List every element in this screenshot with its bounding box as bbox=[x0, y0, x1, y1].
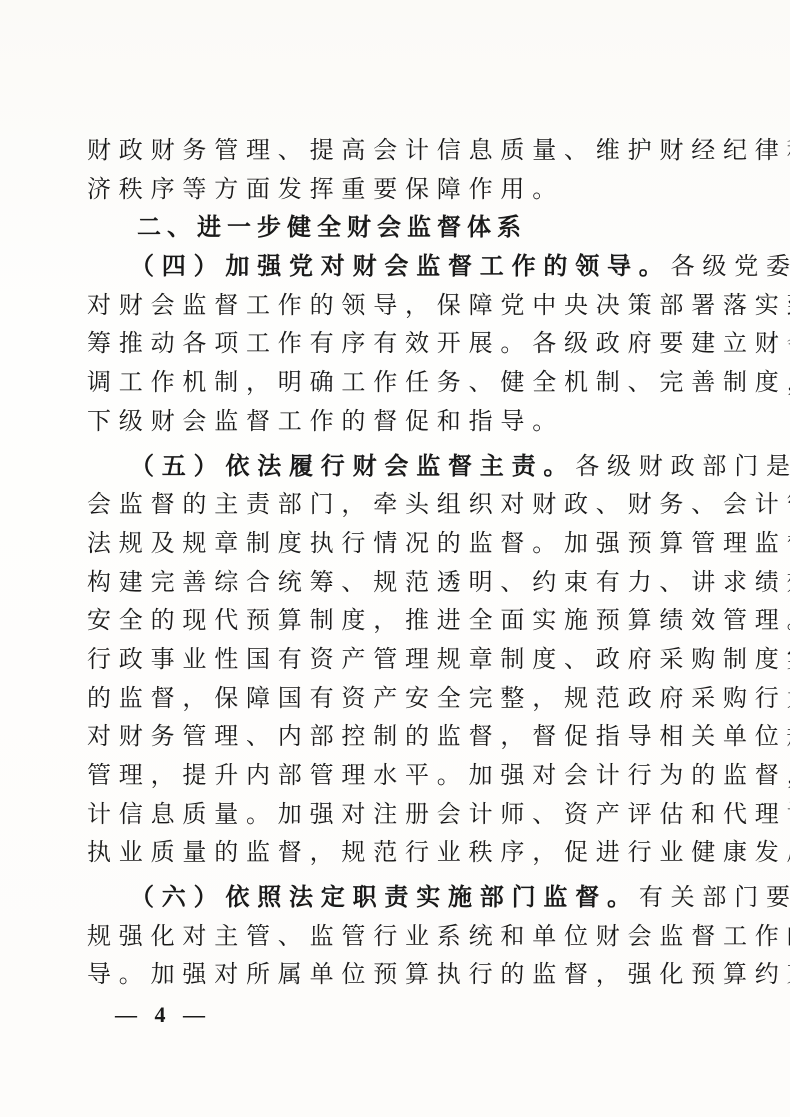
body-line: 对财会监督工作的领导，保障党中央决策部署落实到位，统 bbox=[87, 286, 687, 325]
body-line: 对财务管理、内部控制的监督，督促指导相关单位规范财务 bbox=[87, 717, 687, 756]
section-heading: 二、进一步健全财会监督体系 bbox=[87, 208, 687, 247]
paragraph-lead-title: （四）加强党对财会监督工作的领导。 bbox=[130, 251, 671, 280]
body-line: 财政财务管理、提高会计信息质量、维护财经纪律和市场经 bbox=[87, 131, 687, 170]
body-line: 规强化对主管、监管行业系统和单位财会监督工作的督促指 bbox=[87, 917, 687, 956]
paragraph-text: 各级财政部门是本级财 bbox=[575, 452, 790, 480]
body-line: 计信息质量。加强对注册会计师、资产评估和代理记账行业 bbox=[87, 795, 687, 834]
page-number: — 4 — bbox=[115, 1002, 211, 1028]
body-line: 筹推动各项工作有序有效开展。各级政府要建立财会监督协 bbox=[87, 324, 687, 363]
body-line: 调工作机制，明确工作任务、健全机制、完善制度，加强对 bbox=[87, 363, 687, 402]
body-line: 导。加强对所属单位预算执行的监督，强化预算约束。按照 bbox=[87, 955, 687, 994]
paragraph-text: 有关部门要依法依 bbox=[639, 883, 790, 911]
paragraph-text: 各级党委要加强 bbox=[671, 252, 790, 280]
body-line: 安全的现代预算制度，推进全面实施预算绩效管理。加强对 bbox=[87, 601, 687, 640]
body-line: 构建完善综合统筹、规范透明、约束有力、讲求绩效、持续 bbox=[87, 563, 687, 602]
body-line: 管理，提升内部管理水平。加强对会计行为的监督，提高会 bbox=[87, 756, 687, 795]
body-line: 下级财会监督工作的督促和指导。 bbox=[87, 402, 687, 441]
body-line: 行政事业性国有资产管理规章制度、政府采购制度实施情况 bbox=[87, 640, 687, 679]
body-line: 执业质量的监督，规范行业秩序，促进行业健康发展。 bbox=[87, 833, 687, 872]
document-page: 财政财务管理、提高会计信息质量、维护财经纪律和市场经 济秩序等方面发挥重要保障作… bbox=[0, 0, 790, 1117]
body-line: 济秩序等方面发挥重要保障作用。 bbox=[87, 170, 687, 209]
document-body: 财政财务管理、提高会计信息质量、维护财经纪律和市场经 济秩序等方面发挥重要保障作… bbox=[87, 131, 687, 994]
paragraph-lead-title: （六）依照法定职责实施部门监督。 bbox=[130, 882, 639, 911]
paragraph-start-line: （五）依法履行财会监督主责。各级财政部门是本级财 bbox=[87, 447, 687, 486]
body-line: 会监督的主责部门，牵头组织对财政、财务、会计管理法律 bbox=[87, 485, 687, 524]
paragraph-start-line: （六）依照法定职责实施部门监督。有关部门要依法依 bbox=[87, 878, 687, 917]
paragraph-start-line: （四）加强党对财会监督工作的领导。各级党委要加强 bbox=[87, 247, 687, 286]
paragraph-lead-title: （五）依法履行财会监督主责。 bbox=[130, 451, 575, 480]
body-line: 的监督，保障国有资产安全完整，规范政府采购行为。加强 bbox=[87, 679, 687, 718]
body-line: 法规及规章制度执行情况的监督。加强预算管理监督，推动 bbox=[87, 524, 687, 563]
